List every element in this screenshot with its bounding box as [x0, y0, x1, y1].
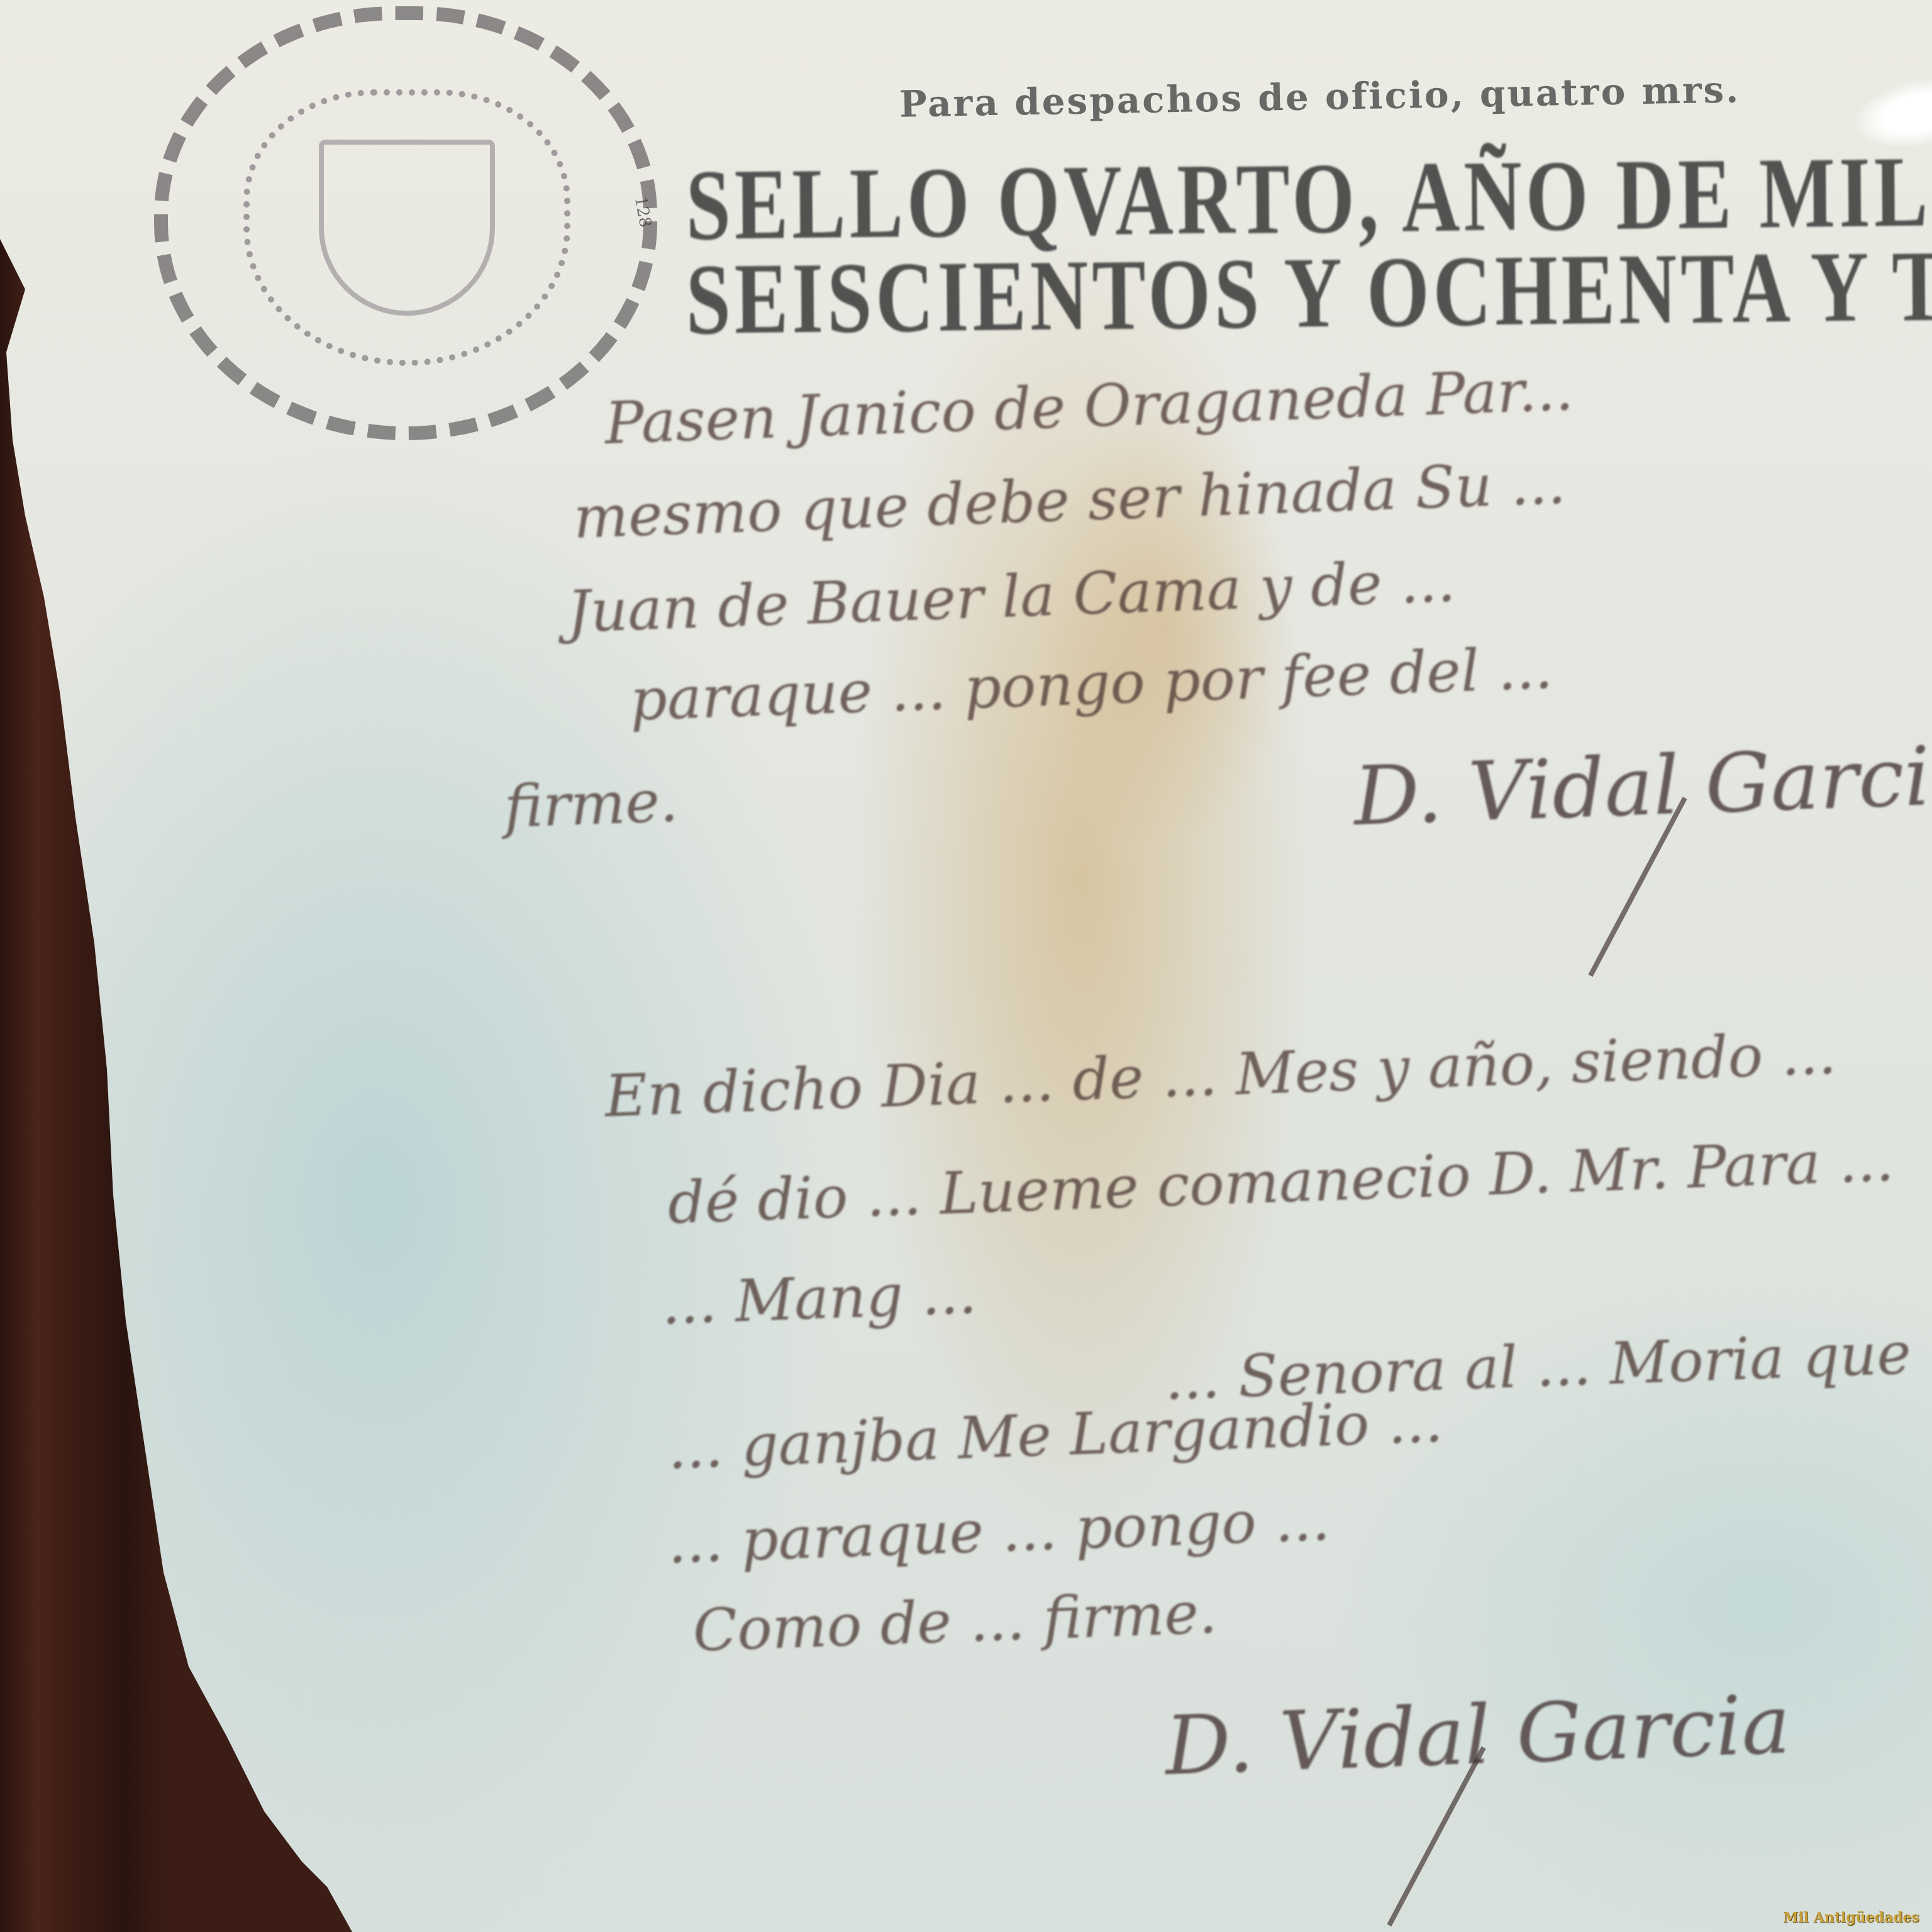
royal-seal-icon: 128 [154, 6, 657, 440]
coat-of-arms-shield-icon [319, 140, 495, 316]
printed-title-line-2: SEISCIENTOS Y OCHENTA Y TRES [686, 226, 1932, 358]
handwritten-line: firme. [503, 767, 679, 841]
seal-number: 128 [631, 195, 655, 229]
photo-scene: 128 Para despachos de oficio, quatro mrs… [0, 0, 1932, 1932]
seal-wreath [243, 89, 570, 366]
handwritten-line: ... Mang ... [660, 1260, 978, 1338]
watermark: Mil Antigüedades [1783, 1909, 1919, 1926]
